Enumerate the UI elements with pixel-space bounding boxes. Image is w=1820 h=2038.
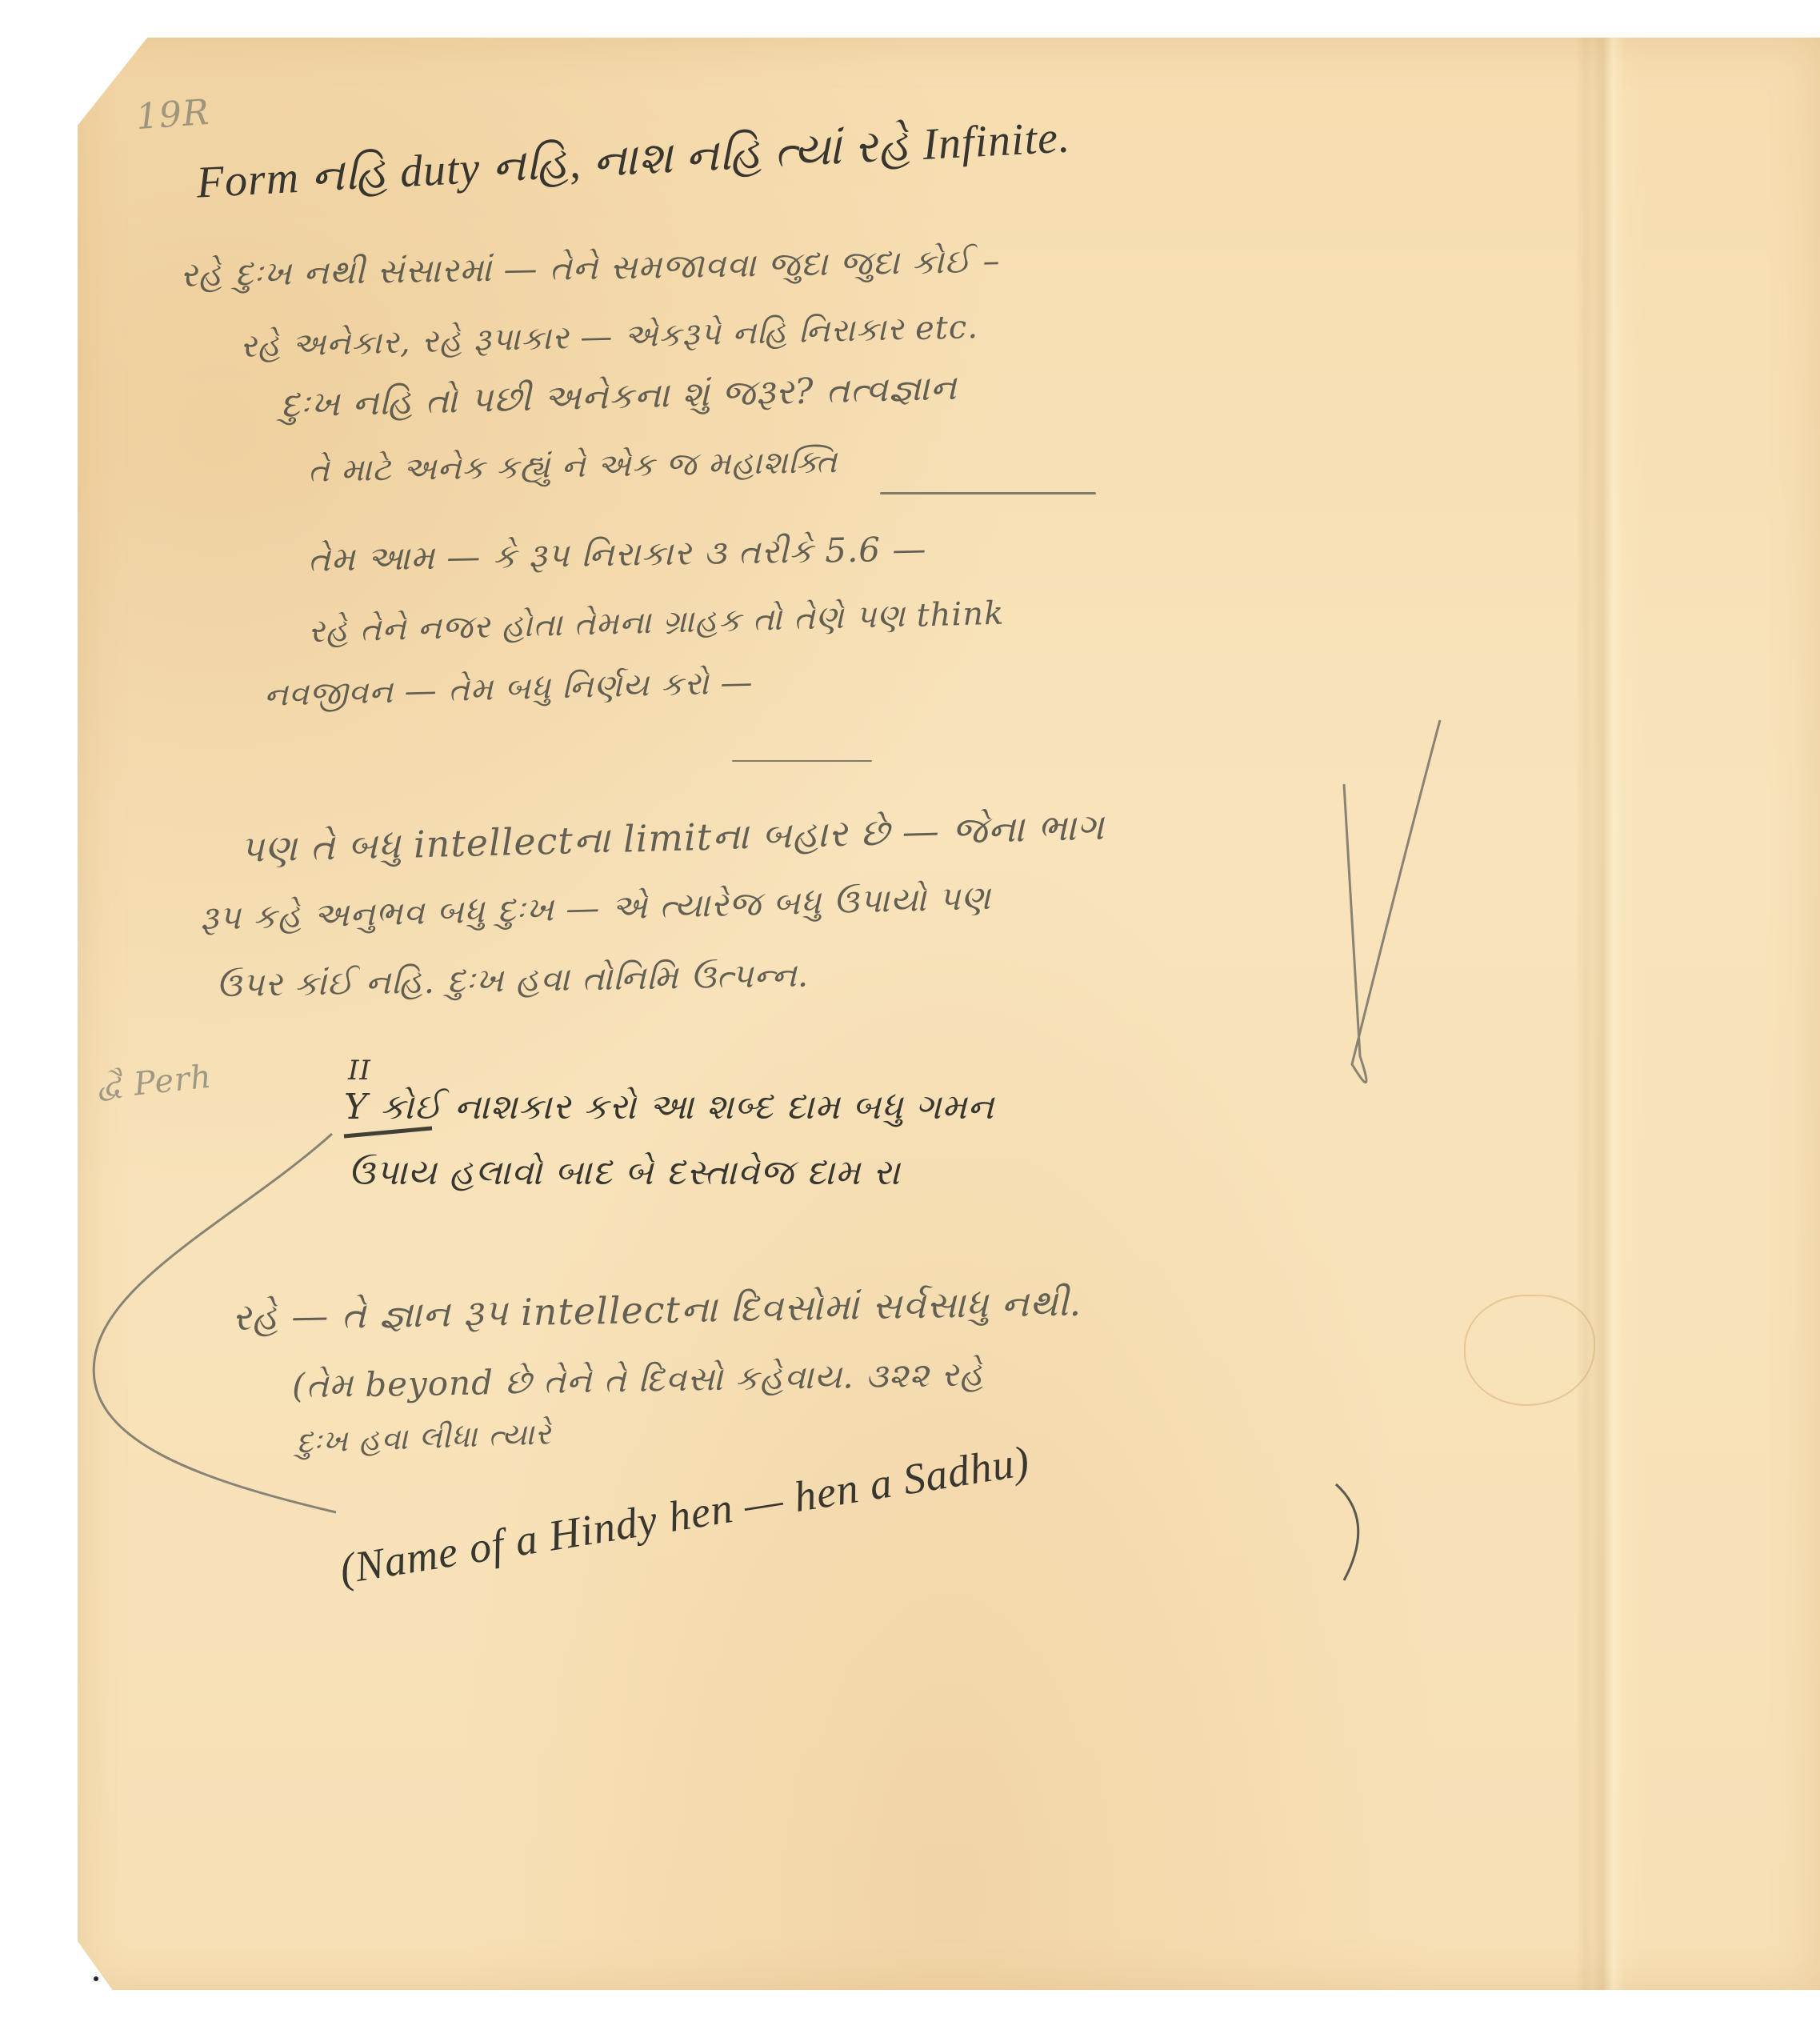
left-bracket-curve: [94, 1134, 336, 1512]
pencil-strokes: [0, 0, 1820, 2038]
check-mark-stroke: [1344, 720, 1440, 1083]
stray-mark: [94, 1976, 98, 1981]
underline-stroke: [344, 1128, 432, 1136]
right-paren: [1336, 1484, 1358, 1580]
